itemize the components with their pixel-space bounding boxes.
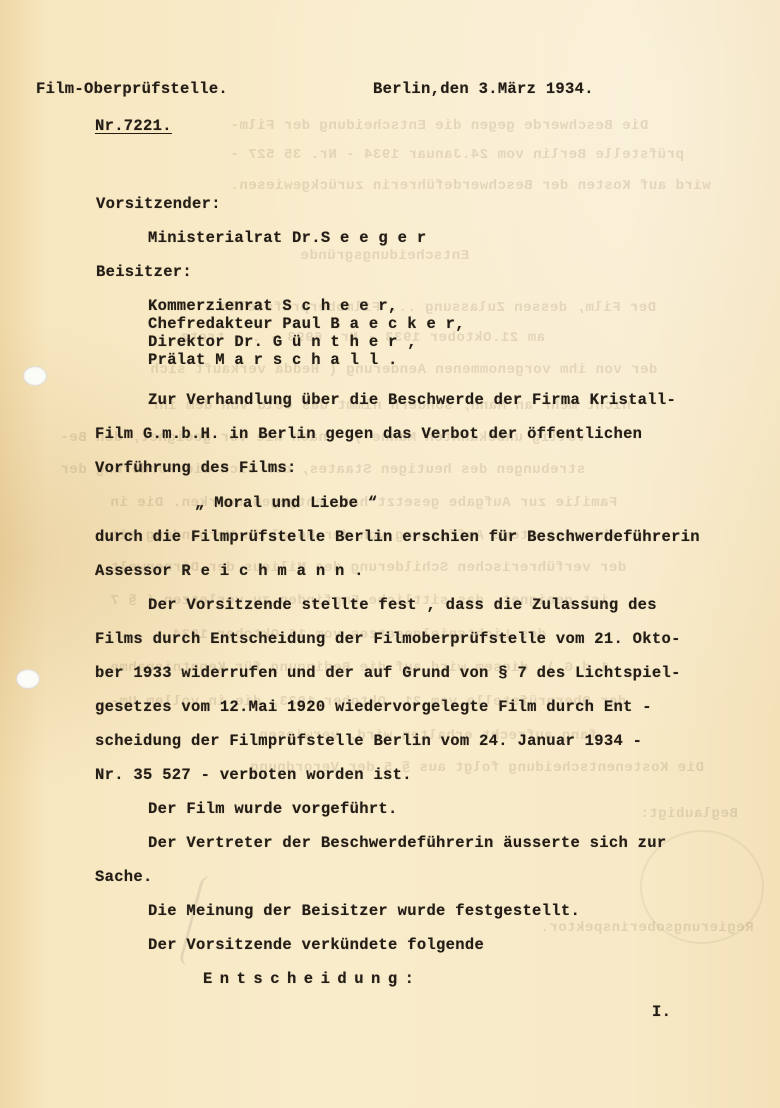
body-line: Assessor R e i c h m a n n . <box>95 562 364 580</box>
bleed-through-line: Die Beschwerde gegen die Entscheidung de… <box>230 118 648 134</box>
body-line: Films durch Entscheidung der Filmoberprü… <box>95 630 681 648</box>
film-title: „ Moral und Liebe “ <box>195 494 377 512</box>
office-name: Film-Oberprüfstelle. <box>36 80 228 98</box>
body-line: Der Vorsitzende stellte fest , dass die … <box>148 596 657 614</box>
body-line: Der Vertreter der Beschwerdeführerin äus… <box>148 834 666 852</box>
assessor-item: Direktor Dr. G ü n t h e r , <box>148 333 417 351</box>
body-line: durch die Filmprüfstelle Berlin erschien… <box>95 528 700 546</box>
body-line: Der Film wurde vorgeführt. <box>148 800 398 818</box>
body-line: scheidung der Filmprüfstelle Berlin vom … <box>95 732 642 750</box>
punch-hole <box>16 669 40 689</box>
body-line: Sache. <box>95 868 153 886</box>
punch-hole <box>23 366 47 386</box>
body-line: Zur Verhandlung über die Beschwerde der … <box>148 391 676 409</box>
section-marker: I. <box>652 1003 671 1021</box>
bleed-through-line: Entscheidungsgründe <box>300 248 469 264</box>
place-date: Berlin,den 3.März 1934. <box>373 80 594 98</box>
assessors-label: Beisitzer: <box>96 263 192 281</box>
body-line: gesetzes vom 12.Mai 1920 wiedervorgelegt… <box>95 698 652 716</box>
body-line: Film G.m.b.H. in Berlin gegen das Verbot… <box>95 425 642 443</box>
assessor-item: Kommerzienrat S c h e e r, <box>148 297 398 315</box>
bleed-through-line: wird auf Kosten der Beschwerdeführerin z… <box>230 178 711 194</box>
bleed-through-line: Beglaubigt: <box>640 806 738 822</box>
body-line: Die Meinung der Beisitzer wurde festgest… <box>148 902 580 920</box>
chairman-label: Vorsitzender: <box>96 195 221 213</box>
body-line: Nr. 35 527 - verboten worden ist. <box>95 766 412 784</box>
body-line: Vorführung des Films: <box>95 459 297 477</box>
body-line: Der Vorsitzende verkündete folgende <box>148 936 484 954</box>
bleed-through-line: prüfstelle Berlin vom 24.Januar 1934 - N… <box>230 147 684 163</box>
document-page: Die Beschwerde gegen die Entscheidung de… <box>0 0 780 1108</box>
assessor-item: Chefredakteur Paul B a e c k e r, <box>148 315 465 333</box>
body-line: ber 1933 widerrufen und der auf Grund vo… <box>95 664 681 682</box>
chairman-name: Ministerialrat Dr.S e e g e r <box>148 229 426 247</box>
reference-number: Nr.7221. <box>95 117 172 135</box>
assessor-item: Prälat M a r s c h a l l . <box>148 351 398 369</box>
decision-heading: Entscheidung: <box>203 970 421 988</box>
